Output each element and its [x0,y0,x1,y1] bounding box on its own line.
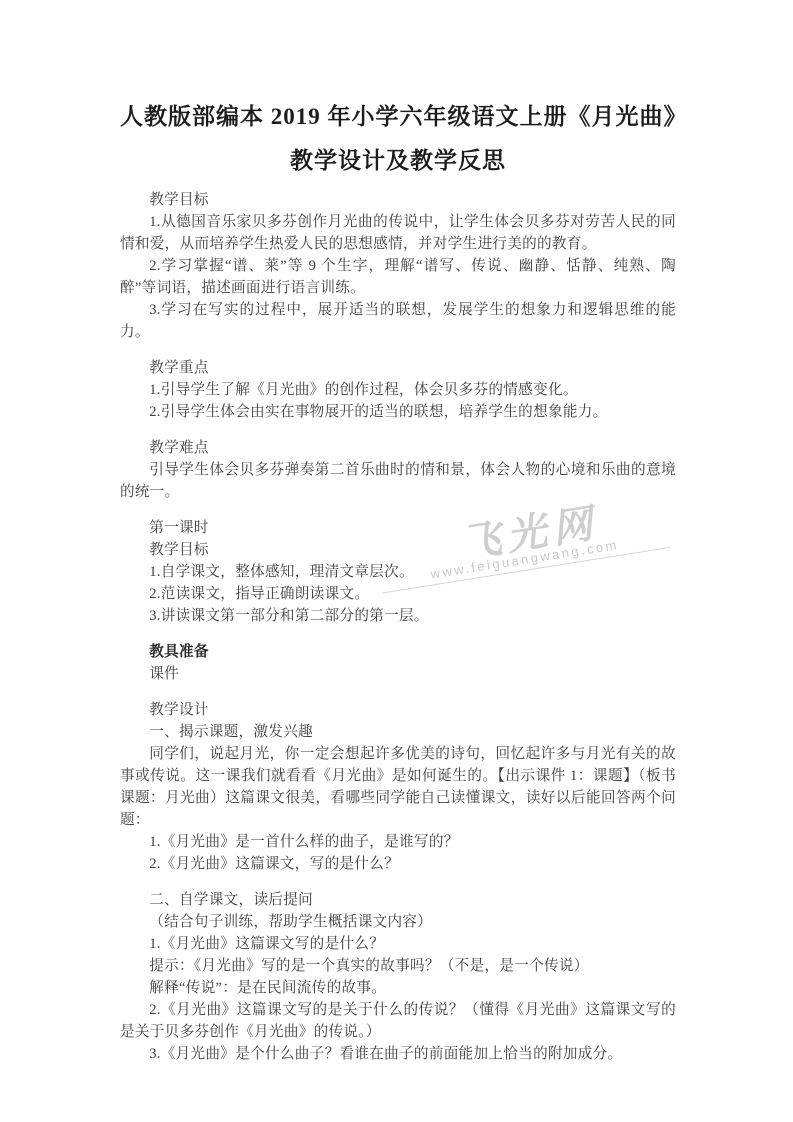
document-title-line-2: 教学设计及教学反思 [120,139,676,183]
paragraph: 第一课时 [120,517,676,539]
paragraph: 2.引导学生体会由实在事物展开的适当的联想，培养学生的想象能力。 [120,401,676,423]
paragraph: 教学重点 [120,357,676,379]
paragraph-spacer [120,875,676,889]
paragraph: 教具准备 [120,641,676,663]
paragraph: 提示：《月光曲》写的是一个真实的故事吗？（不是，是一个传说） [120,955,676,977]
paragraph-spacer [120,343,676,357]
paragraph: 1.从德国音乐家贝多芬创作月光曲的传说中，让学生体会贝多芬对劳苦人民的同情和爱，… [120,211,676,255]
paragraph: 教学目标 [120,539,676,561]
document-title: 人教版部编本 2019 年小学六年级语文上册《月光曲》 教学设计及教学反思 [120,95,676,183]
paragraph: 2.《月光曲》这篇课文，写的是什么？ [120,853,676,875]
paragraph: 教学设计 [120,699,676,721]
paragraph: 3.《月光曲》是个什么曲子？看谁在曲子的前面能加上恰当的附加成分。 [120,1043,676,1065]
document-body: 教学目标1.从德国音乐家贝多芬创作月光曲的传说中，让学生体会贝多芬对劳苦人民的同… [120,189,676,1065]
paragraph: 2.学习掌握“谱、莱”等 9 个生字，理解“谱写、传说、幽静、恬静、纯熟、陶醉”… [120,255,676,299]
paragraph: 3.讲读课文第一部分和第二部分的第一层。 [120,605,676,627]
paragraph: 教学难点 [120,437,676,459]
paragraph: 1.引导学生了解《月光曲》的创作过程，体会贝多芬的情感变化。 [120,379,676,401]
paragraph-spacer [120,627,676,641]
paragraph-spacer [120,503,676,517]
paragraph: 2.范读课文，指导正确朗读课文。 [120,583,676,605]
paragraph: 同学们，说起月光，你一定会想起许多优美的诗句，回忆起许多与月光有关的故事或传说。… [120,743,676,831]
paragraph: 2.《月光曲》这篇课文写的是关于什么的传说？（懂得《月光曲》这篇课文写的是关于贝… [120,999,676,1043]
paragraph-spacer [120,423,676,437]
paragraph: 3.学习在写实的过程中，展开适当的联想，发展学生的想象力和逻辑思维的能力。 [120,299,676,343]
paragraph: 教学目标 [120,189,676,211]
document-title-line-1: 人教版部编本 2019 年小学六年级语文上册《月光曲》 [120,95,676,139]
paragraph: 课件 [120,663,676,685]
document-page: 飞光网 www.feiguangwang.com 人教版部编本 2019 年小学… [0,0,793,1122]
paragraph: 1.《月光曲》是一首什么样的曲子，是谁写的？ [120,831,676,853]
paragraph: 一、揭示课题，激发兴趣 [120,721,676,743]
paragraph: 解释“传说”：是在民间流传的故事。 [120,977,676,999]
paragraph: 引导学生体会贝多芬弹奏第二首乐曲时的情和景，体会人物的心境和乐曲的意境的统一。 [120,459,676,503]
paragraph: （结合句子训练，帮助学生概括课文内容） [120,911,676,933]
paragraph-spacer [120,685,676,699]
paragraph: 1.自学课文，整体感知，理清文章层次。 [120,561,676,583]
paragraph: 1.《月光曲》这篇课文写的是什么？ [120,933,676,955]
paragraph: 二、自学课文，读后提问 [120,889,676,911]
